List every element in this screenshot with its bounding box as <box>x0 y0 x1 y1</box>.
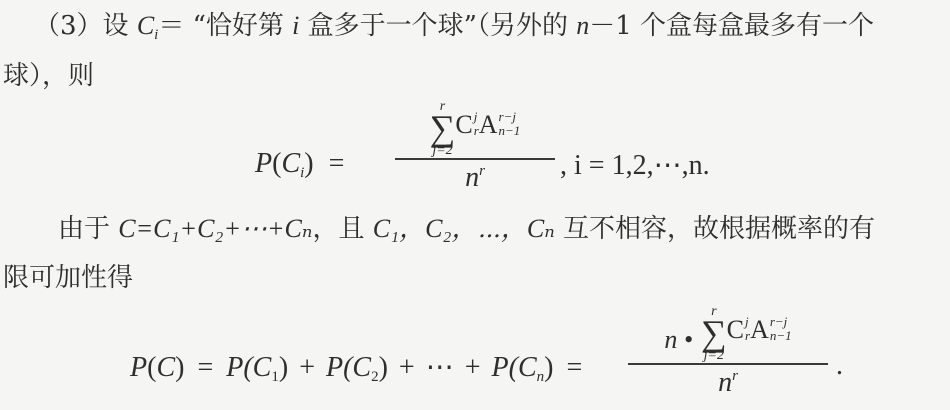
fraction-denominator: nr <box>718 367 738 399</box>
formula-probability-Ci: P(Ci) = r ∑ j=2 C jr A r−jn−1 nr <box>255 100 815 200</box>
sigma-icon: ∑ <box>701 317 727 349</box>
text-segment: 由于 <box>58 214 118 244</box>
sum-lower-limit: j=2 <box>704 349 724 363</box>
fraction-denominator: nr <box>465 162 485 194</box>
paren-close: ) <box>304 148 313 179</box>
equals-sign: = <box>329 148 345 179</box>
summation: r ∑ j=2 <box>701 305 727 363</box>
term-2-prefix: P(C <box>326 352 371 383</box>
sum-lower-limit: j=2 <box>432 144 452 158</box>
formula-2-lhs: P(C) = P(C1) + P(C2) + ⋯ + P(Cn) = <box>130 350 582 386</box>
perm-sub: n−1 <box>499 124 521 138</box>
union-expression: C=C₁+C₂+⋯+Cₙ <box>118 214 312 243</box>
formula-1-index-range: , i = 1,2,⋯,n. <box>560 148 710 182</box>
summation: r ∑ j=2 <box>430 100 456 158</box>
sigma-icon: ∑ <box>430 112 456 144</box>
denominator-n: n <box>718 367 732 398</box>
formula-1-fraction: r ∑ j=2 C jr A r−jn−1 nr <box>395 100 555 194</box>
perm-indices: r−jn−1 <box>499 110 521 137</box>
term-n-prefix: P(C <box>492 352 537 383</box>
term-n-sub: n <box>537 369 545 385</box>
document-page: （3）设 Ci＝ “恰好第 i 盒多于一个球”（另外的 n－1 个盒每盒最多有一… <box>0 0 950 410</box>
perm-sup: r−j <box>499 110 521 124</box>
term-n-suffix: ) <box>544 352 553 383</box>
var-C: C <box>137 11 154 40</box>
term-1-suffix: ) <box>279 352 288 383</box>
equals-sign: = <box>566 352 582 383</box>
perm-sup: r−j <box>770 315 792 329</box>
text-segment: 互不相容，故根据概率的有 <box>555 214 875 244</box>
term-1-prefix: P(C <box>226 352 271 383</box>
paragraph-2-line-1: 由于 C=C₁+C₂+⋯+Cₙ，且 C₁，C₂，⋯，Cₙ 互不相容，故根据概率的… <box>58 216 875 242</box>
perm-indices: r−jn−1 <box>770 315 792 342</box>
denominator-exp-r: r <box>732 368 738 384</box>
paragraph-1-line-2: 球），则 <box>3 63 94 89</box>
denominator-exp-r: r <box>479 163 485 179</box>
term-1-sub: 1 <box>271 369 279 385</box>
plus-sign: + <box>399 352 415 383</box>
formula-1-lhs: P(Ci) = <box>255 148 344 182</box>
events-list: C₁，C₂，⋯，Cₙ <box>373 214 555 243</box>
perm-sub: n−1 <box>770 329 792 343</box>
numerator-factor-n: n • <box>664 325 693 355</box>
text-segment: 盒多于一个球”（另外的 <box>299 11 576 41</box>
text-segment: 限可加性得 <box>3 263 133 293</box>
plus-sign: + <box>299 352 315 383</box>
paragraph-2-line-2: 限可加性得 <box>3 265 133 291</box>
symbol-A-perm: A <box>479 110 498 140</box>
combination-term: C jr A r−jn−1 <box>727 315 792 345</box>
term-2-suffix: ) <box>379 352 388 383</box>
fraction-numerator: r ∑ j=2 C jr A r−jn−1 <box>430 100 521 158</box>
formula-2-period: . <box>836 350 843 382</box>
plus-sign: + <box>465 352 481 383</box>
text-segment: 球），则 <box>3 61 94 91</box>
combination-term: C jr A r−jn−1 <box>455 110 520 140</box>
paragraph-1-line-1: （3）设 Ci＝ “恰好第 i 盒多于一个球”（另外的 n－1 个盒每盒最多有一… <box>34 13 874 43</box>
var-n: n <box>576 11 589 40</box>
text-segment: ，且 <box>312 214 372 244</box>
ellipsis: ⋯ <box>426 352 454 383</box>
symbol-C: C <box>281 148 300 179</box>
symbol-P: P <box>255 148 272 179</box>
symbol-A-perm: A <box>750 315 769 345</box>
text-segment: －1 个盒每盒最多有一个 <box>589 11 874 41</box>
fraction-bar <box>395 158 555 160</box>
formula-2-fraction: n • r ∑ j=2 C jr A r−jn−1 nr <box>628 305 828 399</box>
fraction-bar <box>628 363 828 365</box>
term-2-sub: 2 <box>371 369 379 385</box>
symbol-C-comb: C <box>455 110 472 140</box>
fraction-numerator: n • r ∑ j=2 C jr A r−jn−1 <box>664 305 791 363</box>
formula-probability-C: P(C) = P(C1) + P(C2) + ⋯ + P(Cn) = n • r… <box>130 305 830 410</box>
denominator-n: n <box>465 162 479 193</box>
item-label: （3）设 <box>34 11 137 41</box>
symbol-C-comb: C <box>727 315 744 345</box>
text-segment: ＝ “恰好第 <box>158 11 292 41</box>
